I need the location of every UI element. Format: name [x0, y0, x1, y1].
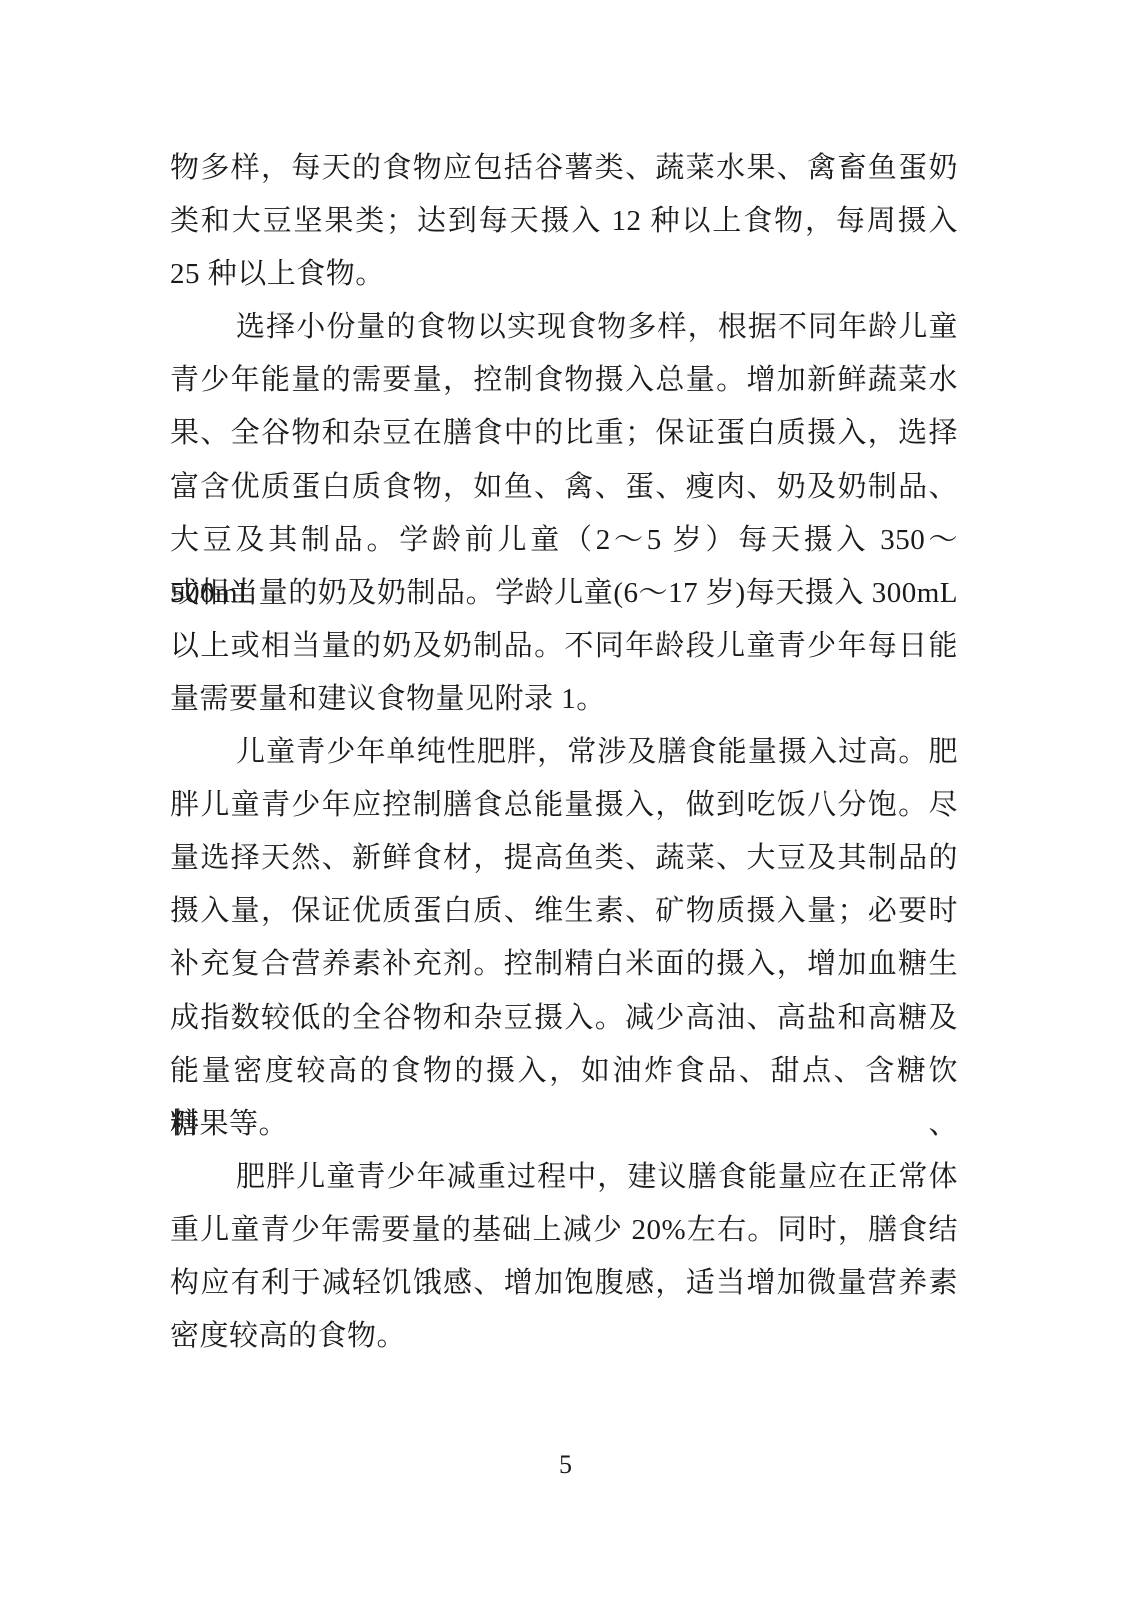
text-line: 类和大豆坚果类；达到每天摄入 12 种以上食物，每周摄入	[170, 195, 958, 248]
text-line: 量选择天然、新鲜食材，提高鱼类、蔬菜、大豆及其制品的	[170, 832, 958, 885]
text-line: 25 种以上食物。	[170, 248, 958, 301]
text-line: 摄入量，保证优质蛋白质、维生素、矿物质摄入量；必要时	[170, 885, 958, 938]
text-line: 儿童青少年单纯性肥胖，常涉及膳食能量摄入过高。肥	[170, 726, 958, 779]
text-line: 胖儿童青少年应控制膳食总能量摄入，做到吃饭八分饱。尽	[170, 779, 958, 832]
text-line: 肥胖儿童青少年减重过程中，建议膳食能量应在正常体	[170, 1151, 958, 1204]
document-page: 物多样，每天的食物应包括谷薯类、蔬菜水果、禽畜鱼蛋奶类和大豆坚果类；达到每天摄入…	[0, 0, 1131, 1600]
text-line: 物多样，每天的食物应包括谷薯类、蔬菜水果、禽畜鱼蛋奶	[170, 142, 958, 195]
text-line: 或相当量的奶及奶制品。学龄儿童(6～17 岁)每天摄入 300mL	[170, 567, 958, 620]
text-line: 补充复合营养素补充剂。控制精白米面的摄入，增加血糖生	[170, 938, 958, 991]
text-line: 以上或相当量的奶及奶制品。不同年龄段儿童青少年每日能	[170, 620, 958, 673]
text-line: 选择小份量的食物以实现食物多样，根据不同年龄儿童	[170, 301, 958, 354]
page-number: 5	[0, 1448, 1131, 1482]
text-line: 量需要量和建议食物量见附录 1。	[170, 673, 958, 726]
text-line: 密度较高的食物。	[170, 1310, 958, 1363]
body-text: 物多样，每天的食物应包括谷薯类、蔬菜水果、禽畜鱼蛋奶类和大豆坚果类；达到每天摄入…	[170, 142, 958, 1363]
text-line: 能量密度较高的食物的摄入，如油炸食品、甜点、含糖饮料、	[170, 1045, 958, 1098]
text-line: 重儿童青少年需要量的基础上减少 20%左右。同时，膳食结	[170, 1204, 958, 1257]
text-line: 富含优质蛋白质食物，如鱼、禽、蛋、瘦肉、奶及奶制品、	[170, 461, 958, 514]
text-line: 果、全谷物和杂豆在膳食中的比重；保证蛋白质摄入，选择	[170, 407, 958, 460]
text-line: 大豆及其制品。学龄前儿童（2～5 岁）每天摄入 350～500mL	[170, 514, 958, 567]
text-line: 构应有利于减轻饥饿感、增加饱腹感，适当增加微量营养素	[170, 1257, 958, 1310]
text-line: 青少年能量的需要量，控制食物摄入总量。增加新鲜蔬菜水	[170, 354, 958, 407]
text-line: 成指数较低的全谷物和杂豆摄入。减少高油、高盐和高糖及	[170, 992, 958, 1045]
